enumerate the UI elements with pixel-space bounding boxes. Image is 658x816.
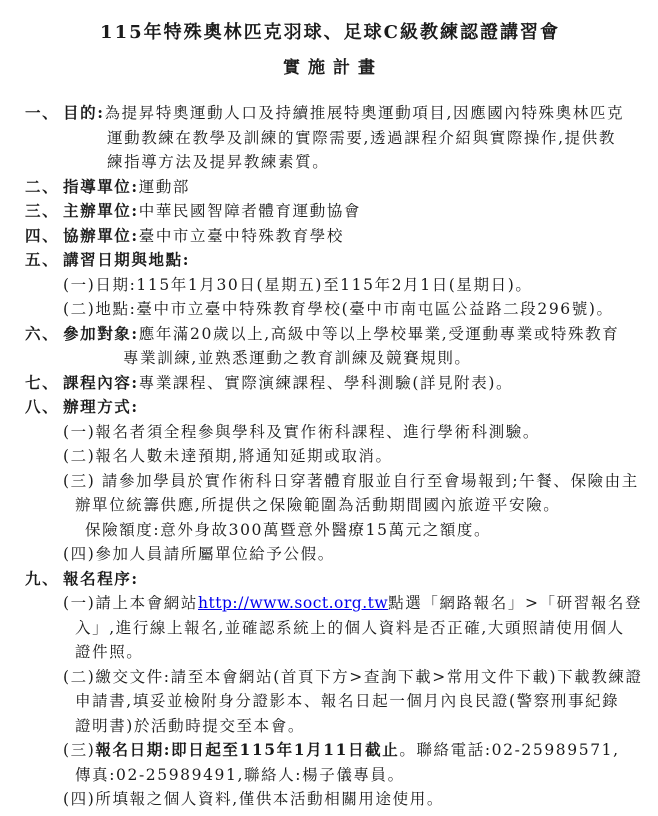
procedure-item-1: (一)報名者須全程參與學科及實作術科課程、進行學術科測驗。: [0, 420, 658, 445]
schedule-heading-line: 五、講習日期與地點:: [0, 248, 658, 273]
section-number: 五、: [25, 248, 63, 273]
purpose-text: 練指導方法及提昇教練素質。: [107, 153, 329, 171]
registration-item-text: 證件照。: [75, 643, 143, 661]
registration-item-2-line-1: (二)繳交文件:請至本會網站(首頁下方>查詢下載>常用文件下載)下載教練證: [0, 665, 658, 690]
procedure-item-2: (二)報名人數未達預期,將通知延期或取消。: [0, 444, 658, 469]
document-body: 一、目的:為提昇特奧運動人口及持續推展特奧運動項目,因應國內特殊奧林匹克 運動教…: [0, 101, 658, 812]
purpose-text: 為提昇特奧運動人口及持續推展特奧運動項目,因應國內特殊奧林匹克: [105, 104, 625, 122]
course-content-text: 專業課程、實際演練課程、學科測驗(詳見附表)。: [139, 374, 513, 392]
participants-text: 應年滿20歲以上,高級中等以上學校畢業,受運動專業或特殊教育: [139, 325, 620, 343]
contact-phone-text: 。聯絡電話:02-25989571,: [399, 741, 619, 759]
participants-heading-line: 六、參加對象:應年滿20歲以上,高級中等以上學校畢業,受運動專業或特殊教育: [0, 322, 658, 347]
page-title: 115年特殊奧林匹克羽球、足球C級教練認證講習會: [0, 0, 658, 44]
section-number: 八、: [25, 395, 63, 420]
section-heading: 課程內容:: [63, 373, 139, 392]
registration-item-1-line-2: 入」,進行線上報名,並確認系統上的個人資料是否正確,大頭照請使用個人: [0, 616, 658, 641]
schedule-date-text: (一)日期:115年1月30日(星期五)至115年2月1日(星期日)。: [63, 276, 532, 294]
registration-item-1-line-1: (一)請上本會網站http://www.soct.org.tw點選「網路報名」>…: [0, 591, 658, 616]
procedure-item-text: (三) 請參加學員於實作術科日穿著體育服並自行至會場報到;午餐、保險由主: [63, 472, 639, 490]
supervising-unit-value: 運動部: [139, 178, 190, 196]
contact-fax-text: 傳真:02-25989491,聯絡人:楊子儀專員。: [75, 766, 405, 784]
registration-item-text: 申請書,填妥並檢附身分證影本、報名日起一個月內良民證(警察刑事紀錄: [75, 692, 619, 710]
section-heading: 講習日期與地點:: [63, 250, 190, 269]
procedure-item-text: (一)報名者須全程參與學科及實作術科課程、進行學術科測驗。: [63, 423, 540, 441]
purpose-line-3: 練指導方法及提昇教練素質。: [0, 150, 658, 175]
section-number: 三、: [25, 199, 63, 224]
registration-item-4: (四)所填報之個人資料,僅供本活動相關用途使用。: [0, 787, 658, 812]
section-number: 四、: [25, 224, 63, 249]
participants-line-2: 專業訓練,並熟悉運動之教育訓練及競賽規則。: [0, 346, 658, 371]
purpose-text: 運動教練在教學及訓練的實際需要,透過課程介紹與實際操作,提供教: [107, 129, 616, 147]
co-organizer-line: 四、協辦單位:臺中市立臺中特殊教育學校: [0, 224, 658, 249]
registration-deadline-text: 報名日期:即日起至115年1月11日截止: [95, 740, 399, 759]
organizer-value: 中華民國智障者體育運動協會: [139, 202, 361, 220]
procedure-item-3-line-2: 辦單位統籌供應,所提供之保險範圍為活動期間國內旅遊平安險。: [0, 493, 658, 518]
registration-item-3-line-2: 傳真:02-25989491,聯絡人:楊子儀專員。: [0, 763, 658, 788]
section-number: 六、: [25, 322, 63, 347]
insurance-amount-text: 保險額度:意外身故300萬暨意外醫療15萬元之額度。: [85, 521, 491, 539]
registration-item-text: (二)繳交文件:請至本會網站(首頁下方>查詢下載>常用文件下載)下載教練證: [63, 668, 643, 686]
co-organizer-value: 臺中市立臺中特殊教育學校: [139, 227, 344, 245]
section-heading: 參加對象:: [63, 324, 139, 343]
registration-item-1-line-3: 證件照。: [0, 640, 658, 665]
procedure-item-4: (四)參加人員請所屬單位給予公假。: [0, 542, 658, 567]
procedure-item-text: 辦單位統籌供應,所提供之保險範圍為活動期間國內旅遊平安險。: [75, 496, 560, 514]
registration-item-text: 證明書)於活動時提交至本會。: [75, 717, 305, 735]
section-heading: 報名程序:: [63, 569, 139, 588]
document-page: 115年特殊奧林匹克羽球、足球C級教練認證講習會 實施計畫 一、目的:為提昇特奧…: [0, 0, 658, 816]
schedule-date-line: (一)日期:115年1月30日(星期五)至115年2月1日(星期日)。: [0, 273, 658, 298]
section-number: 一、: [25, 101, 63, 126]
organizer-line: 三、主辦單位:中華民國智障者體育運動協會: [0, 199, 658, 224]
website-link[interactable]: http://www.soct.org.tw: [198, 594, 388, 612]
registration-item-2-line-2: 申請書,填妥並檢附身分證影本、報名日起一個月內良民證(警察刑事紀錄: [0, 689, 658, 714]
procedure-heading-line: 八、辦理方式:: [0, 395, 658, 420]
section-number: 七、: [25, 371, 63, 396]
registration-item-3-line-1: (三)報名日期:即日起至115年1月11日截止。聯絡電話:02-25989571…: [0, 738, 658, 763]
schedule-location-line: (二)地點:臺中市立臺中特殊教育學校(臺中市南屯區公益路二段296號)。: [0, 297, 658, 322]
section-number: 二、: [25, 175, 63, 200]
registration-item-text: 入」,進行線上報名,並確認系統上的個人資料是否正確,大頭照請使用個人: [75, 619, 625, 637]
section-heading: 協辦單位:: [63, 226, 139, 245]
section-heading: 目的:: [63, 103, 105, 122]
registration-item-marker: (三): [63, 741, 95, 759]
section-heading: 指導單位:: [63, 177, 139, 196]
registration-item-text: (四)所填報之個人資料,僅供本活動相關用途使用。: [63, 790, 444, 808]
section-heading: 主辦單位:: [63, 201, 139, 220]
registration-item-text: (一)請上本會網站: [63, 594, 198, 612]
procedure-item-3-line-1: (三) 請參加學員於實作術科日穿著體育服並自行至會場報到;午餐、保險由主: [0, 469, 658, 494]
supervising-unit-line: 二、指導單位:運動部: [0, 175, 658, 200]
insurance-amount-line: 保險額度:意外身故300萬暨意外醫療15萬元之額度。: [0, 518, 658, 543]
purpose-heading-line: 一、目的:為提昇特奧運動人口及持續推展特奧運動項目,因應國內特殊奧林匹克: [0, 101, 658, 126]
registration-item-text: 點選「網路報名」>「研習報名登: [388, 594, 642, 612]
page-subtitle: 實施計畫: [0, 53, 658, 78]
schedule-location-text: (二)地點:臺中市立臺中特殊教育學校(臺中市南屯區公益路二段296號)。: [63, 300, 614, 318]
registration-item-2-line-3: 證明書)於活動時提交至本會。: [0, 714, 658, 739]
section-heading: 辦理方式:: [63, 397, 139, 416]
purpose-line-2: 運動教練在教學及訓練的實際需要,透過課程介紹與實際操作,提供教: [0, 126, 658, 151]
procedure-item-text: (二)報名人數未達預期,將通知延期或取消。: [63, 447, 393, 465]
procedure-item-text: (四)參加人員請所屬單位給予公假。: [63, 545, 335, 563]
registration-heading-line: 九、報名程序:: [0, 567, 658, 592]
course-content-line: 七、課程內容:專業課程、實際演練課程、學科測驗(詳見附表)。: [0, 371, 658, 396]
participants-text: 專業訓練,並熟悉運動之教育訓練及競賽規則。: [123, 349, 472, 367]
section-number: 九、: [25, 567, 63, 592]
